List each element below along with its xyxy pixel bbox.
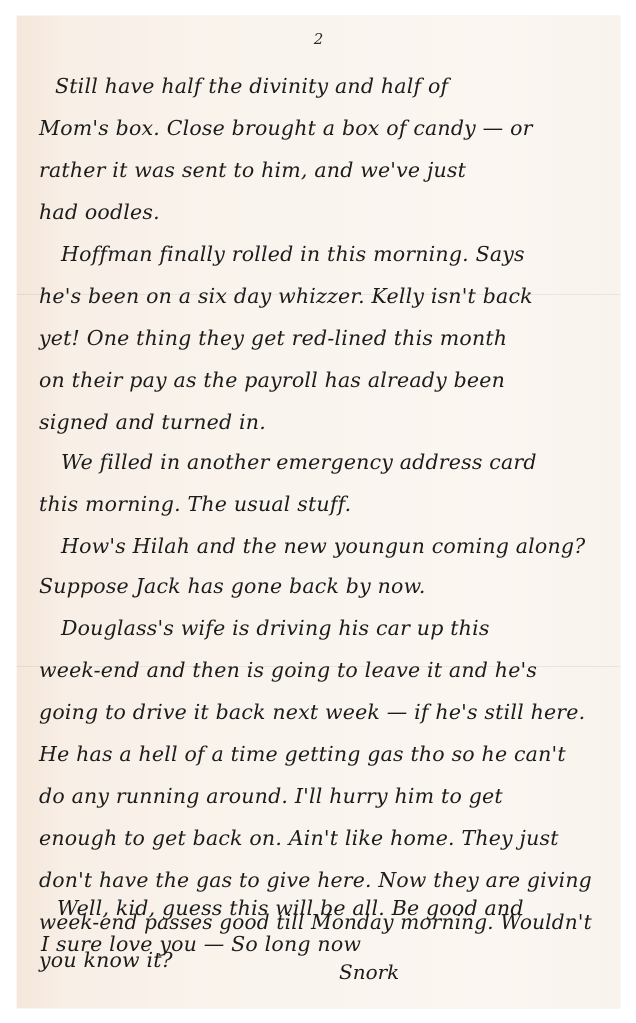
letter-line: this morning. The usual stuff. [39, 492, 351, 516]
letter-line: How's Hilah and the new youngun coming a… [61, 534, 585, 558]
signature: Snork [339, 960, 399, 984]
letter-line: he's been on a six day whizzer. Kelly is… [39, 284, 533, 308]
letter-page: 2 Still have half the divinity and half … [17, 16, 620, 1008]
page-number: 2 [17, 30, 620, 48]
letter-line: We filled in another emergency address c… [61, 450, 537, 474]
letter-line: signed and turned in. [39, 410, 266, 434]
letter-line: Douglass's wife is driving his car up th… [61, 616, 490, 640]
letter-line: Hoffman finally rolled in this morning. … [61, 242, 525, 266]
letter-line: don't have the gas to give here. Now the… [39, 868, 592, 892]
letter-line: Still have half the divinity and half of [55, 74, 448, 98]
letter-line: yet! One thing they get red-lined this m… [39, 326, 507, 350]
letter-line: do any running around. I'll hurry him to… [39, 784, 503, 808]
letter-line: Mom's box. Close brought a box of candy … [39, 116, 533, 140]
letter-line: going to drive it back next week — if he… [39, 700, 585, 724]
letter-line: Well, kid, guess this will be all. Be go… [57, 896, 524, 920]
letter-line: I sure love you — So long now [41, 932, 361, 956]
letter-line: Suppose Jack has gone back by now. [39, 574, 426, 598]
letter-line: on their pay as the payroll has already … [39, 368, 505, 392]
letter-line: enough to get back on. Ain't like home. … [39, 826, 559, 850]
letter-line: He has a hell of a time getting gas tho … [39, 742, 566, 766]
letter-line: week-end and then is going to leave it a… [39, 658, 537, 682]
letter-line: had oodles. [39, 200, 160, 224]
letter-line: rather it was sent to him, and we've jus… [39, 158, 466, 182]
